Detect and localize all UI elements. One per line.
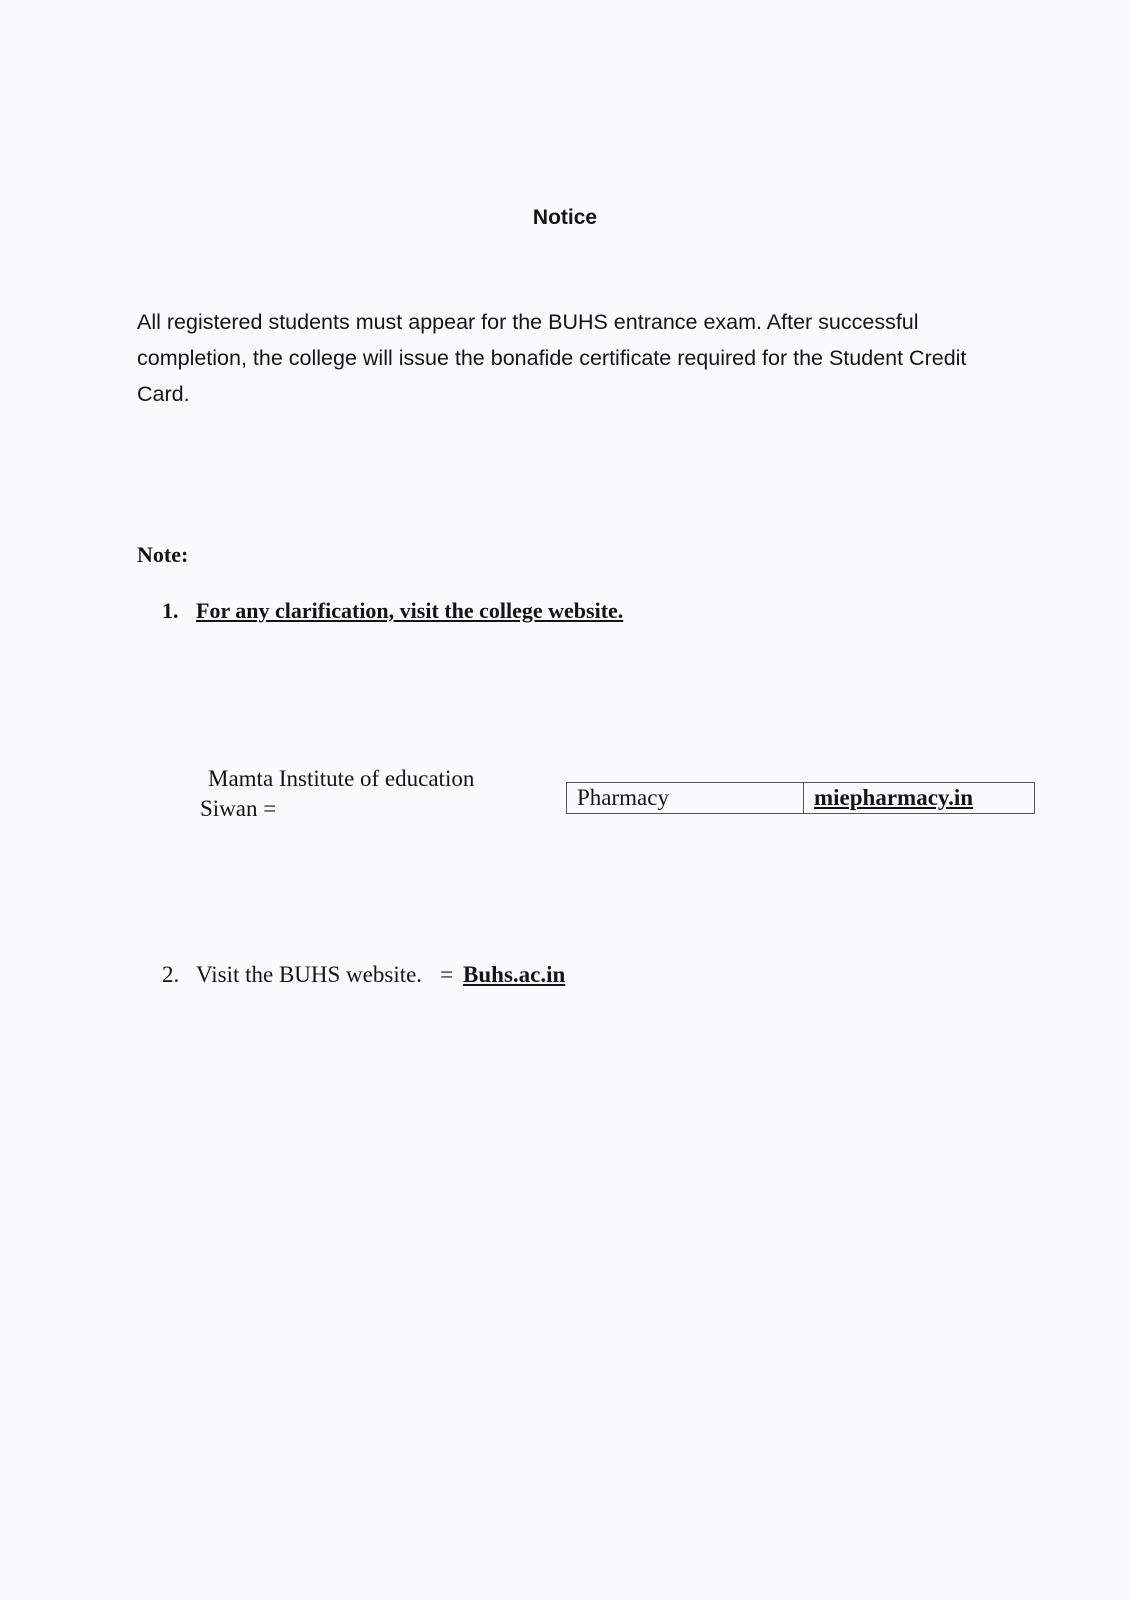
table-row: Pharmacy miepharmacy.in xyxy=(567,783,1035,814)
note-label: Note: xyxy=(137,542,188,568)
note-item-1: 1.For any clarification, visit the colle… xyxy=(162,598,623,624)
note-item-1-number: 1. xyxy=(162,598,196,624)
course-cell: Pharmacy xyxy=(567,783,804,814)
college-website-link[interactable]: miepharmacy.in xyxy=(804,783,1035,814)
college-website-table: Pharmacy miepharmacy.in xyxy=(566,782,1035,814)
institute-name-line1: Mamta Institute of education xyxy=(200,764,474,794)
note-item-2: 2.Visit the BUHS website.=Buhs.ac.in xyxy=(162,962,565,988)
note-item-1-text: For any clarification, visit the college… xyxy=(196,598,623,623)
buhs-website-link[interactable]: Buhs.ac.in xyxy=(463,962,565,987)
equals-sign: = xyxy=(440,962,453,987)
notice-body: All registered students must appear for … xyxy=(137,304,1017,412)
note-item-2-number: 2. xyxy=(162,962,196,988)
institute-name: Mamta Institute of education Siwan = xyxy=(200,764,474,824)
notice-title: Notice xyxy=(0,206,1130,230)
institute-name-line2: Siwan = xyxy=(200,794,474,824)
note-item-2-text: Visit the BUHS website. xyxy=(196,962,422,987)
